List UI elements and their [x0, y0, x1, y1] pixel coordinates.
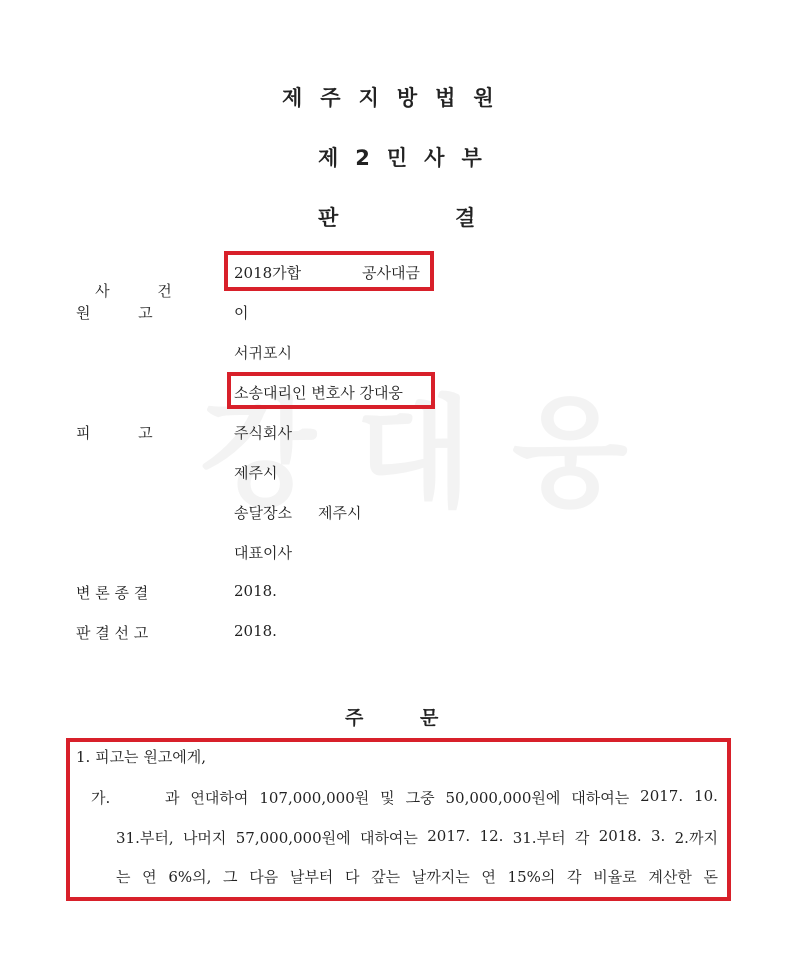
- defendant-service-address: 제주시: [318, 502, 361, 523]
- division-name: 제2민사부: [318, 142, 499, 172]
- court-name: 제주지방법원: [282, 82, 512, 112]
- watermark: 강대웅: [200, 395, 668, 515]
- defendant-name: 주식회사: [234, 422, 292, 443]
- closing-argument-label: 변 론 종 결: [76, 582, 148, 603]
- defendant-service-address-label: 송달장소: [234, 502, 292, 523]
- order-heading-left: 주: [345, 707, 363, 729]
- judgment-date: 2018.: [234, 622, 277, 640]
- highlight-box-case: [224, 251, 434, 291]
- highlight-box-order: [66, 738, 731, 901]
- defendant-address: 제주시: [234, 462, 277, 483]
- document-type-right: 결: [455, 202, 475, 232]
- judgment-page: 강대웅 제주지방법원 제2민사부 판 결 사 건 2018가합 공사대금 원 고…: [0, 0, 794, 973]
- case-label-text: 사 건: [95, 282, 172, 300]
- defendant-label: 피 고: [76, 422, 153, 443]
- plaintiff-name: 이: [234, 302, 249, 323]
- defendant-representative: 대표이사: [234, 542, 292, 563]
- order-heading: 주 문: [345, 703, 363, 730]
- plaintiff-address: 서귀포시: [234, 342, 292, 363]
- highlight-box-counsel: [227, 372, 435, 409]
- document-type: 판 결: [318, 202, 478, 232]
- document-type-left: 판: [318, 206, 338, 230]
- order-heading-right: 문: [420, 703, 438, 730]
- judgment-date-label: 판 결 선 고: [76, 622, 148, 643]
- plaintiff-label: 원 고: [76, 302, 153, 323]
- closing-argument-date: 2018.: [234, 582, 277, 600]
